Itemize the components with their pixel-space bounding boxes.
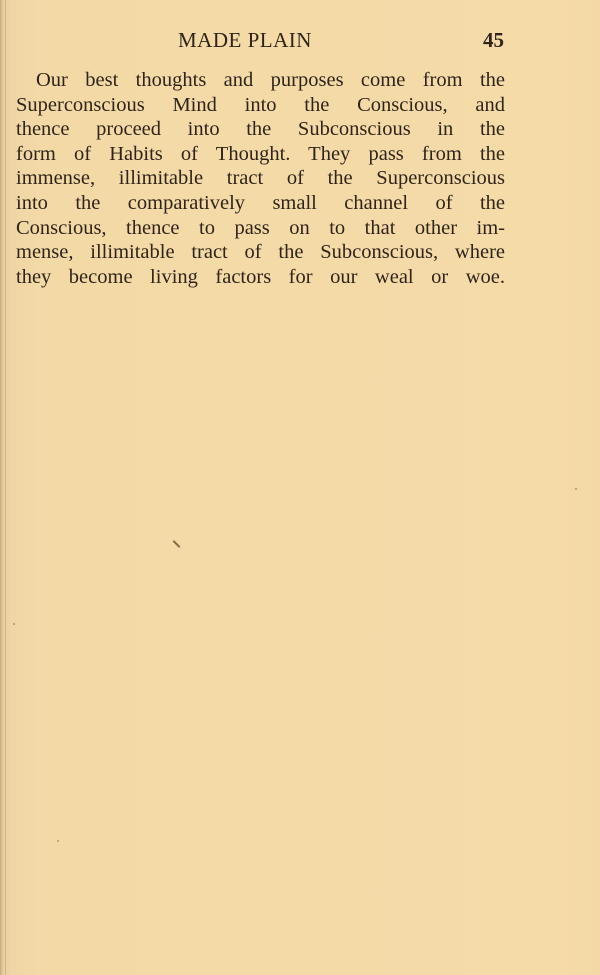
text-line: Conscious, thence to pass on to that oth… (16, 216, 505, 241)
text-line: they become living factors for our weal … (16, 265, 505, 290)
text-line: mense, illimitable tract of the Subconsc… (16, 240, 505, 265)
paper-speck (57, 840, 59, 842)
text-line: immense, illimitable tract of the Superc… (16, 166, 505, 191)
paper-speck (575, 488, 577, 490)
text-line: Our best thoughts and purposes come from… (16, 68, 505, 93)
text-line: into the comparatively small channel of … (16, 191, 505, 216)
book-page: MADE PLAIN 45 Our best thoughts and purp… (0, 0, 600, 975)
running-header: MADE PLAIN 45 (16, 28, 504, 54)
page-number: 45 (483, 28, 504, 53)
ink-mark (173, 540, 181, 548)
running-title: MADE PLAIN (178, 28, 312, 53)
body-paragraph: Our best thoughts and purposes come from… (16, 68, 505, 289)
page-binding-line (5, 0, 6, 975)
text-line: form of Habits of Thought. They pass fro… (16, 142, 505, 167)
text-line: Superconscious Mind into the Conscious, … (16, 93, 505, 118)
text-line: thence proceed into the Subconscious in … (16, 117, 505, 142)
paper-speck (13, 623, 15, 625)
